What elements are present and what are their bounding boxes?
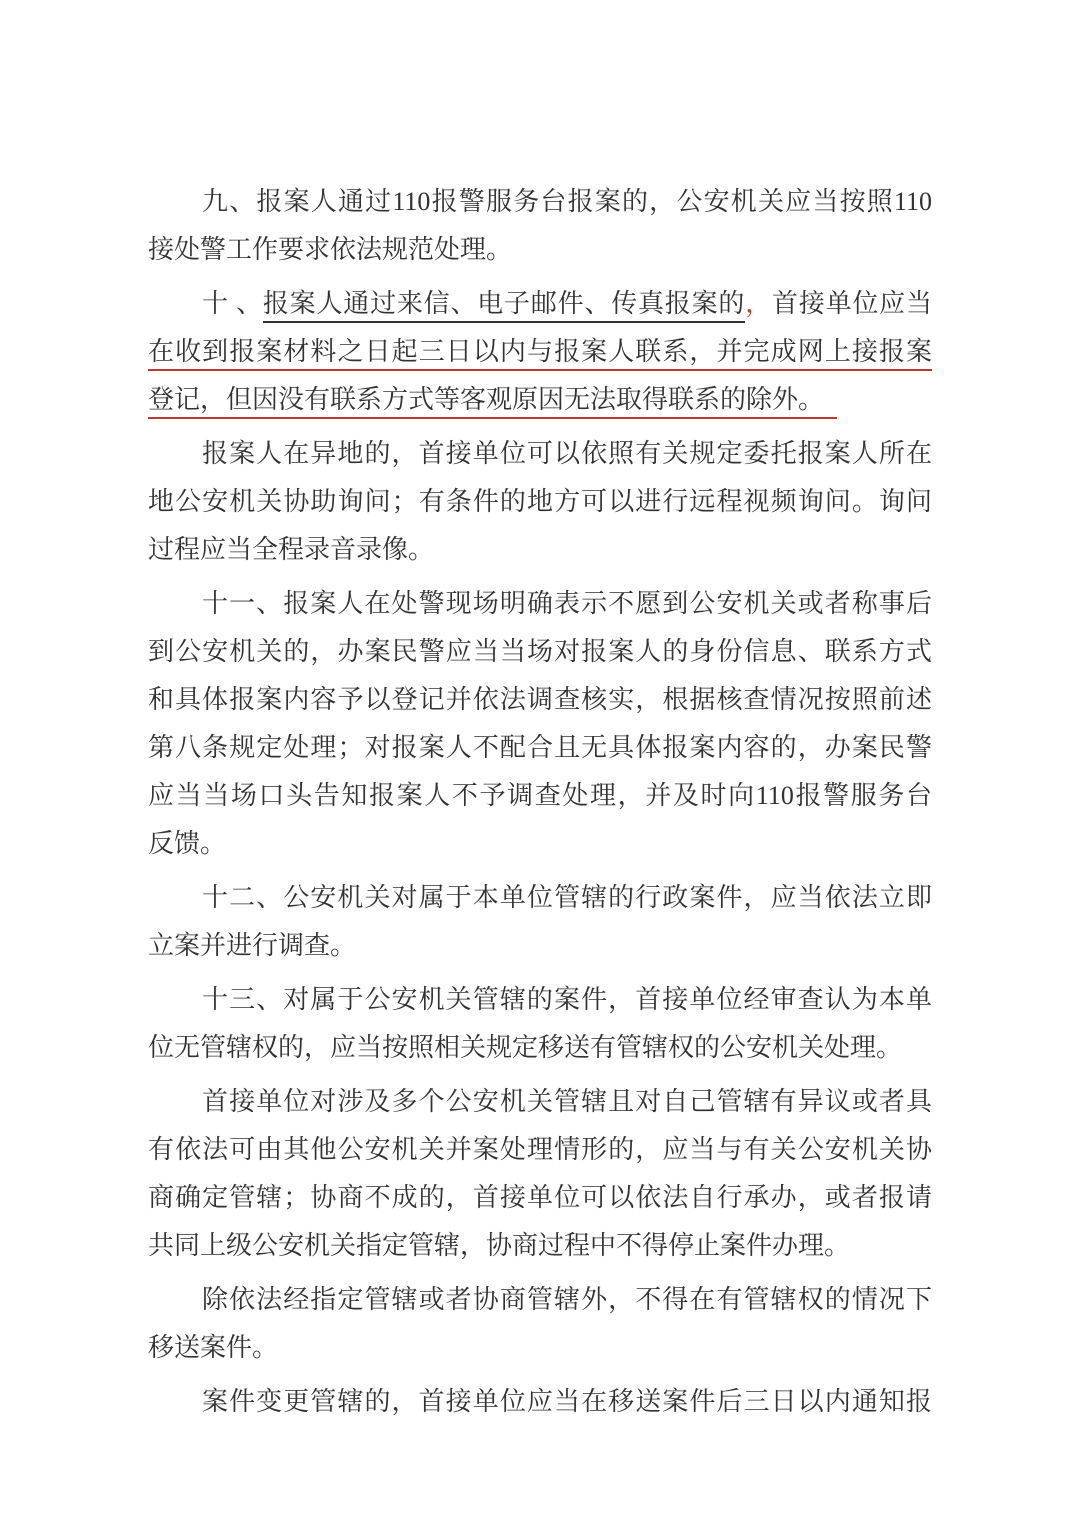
paragraph: 除依法经指定管辖或者协商管辖外，不得在有管辖权的情况下移送案件。 [148,1276,932,1372]
paragraph: 十一、报案人在处警现场明确表示不愿到公安机关或者称事后到公安机关的，办案民警应当… [148,580,932,868]
text-line: 商确定管辖；协商不成的，首接单位可以依法自行承办，或者报请 [148,1174,932,1222]
paragraph: 首接单位对涉及多个公安机关管辖且对自己管辖有异议或者具有依法可由其他公安机关并案… [148,1078,932,1270]
text-line: 首接单位对涉及多个公安机关管辖且对自己管辖有异议或者具 [148,1078,932,1126]
document-page: 九、报案人通过110报警服务台报案的，公安机关应当按照110接处警工作要求依法规… [0,0,1080,1514]
underlined-text-red: 登记，但因没有联系方式等客观原因无法取得联系的除外。 [148,385,811,419]
text-line: 接处警工作要求依法规范处理。 [148,226,932,274]
text-run: 首接单位应当 [772,289,932,318]
text-run: 移送案件。 [148,1333,278,1362]
text-run: 首接单位对涉及多个公安机关管辖且对自己管辖有异议或者具 [202,1087,932,1116]
text-line: 第八条规定处理；对报案人不配合且无具体报案内容的，办案民警 [148,724,932,772]
text-run: 地公安机关协助询问；有条件的地方可以进行远程视频询问。询问 [148,487,932,516]
text-run: 反馈。 [148,829,226,858]
paragraph: 案件变更管辖的，首接单位应当在移送案件后三日以内通知报 [148,1378,932,1426]
text-run: 应当当场口头告知报案人不予调查处理，并及时向110报警服务台 [148,781,932,810]
text-line: 和具体报案内容予以登记并依法调查核实，根据核查情况按照前述 [148,676,932,724]
text-run: 商确定管辖；协商不成的，首接单位可以依法自行承办，或者报请 [148,1183,932,1212]
text-run: 位无管辖权的，应当按照相关规定移送有管辖权的公安机关处理。 [148,1033,902,1062]
text-line: 九、报案人通过110报警服务台报案的，公安机关应当按照110 [148,178,932,226]
text-line: 登记，但因没有联系方式等客观原因无法取得联系的除外。 [148,376,932,424]
text-run: 十三、对属于公安机关管辖的案件，首接单位经审查认为本单 [202,985,932,1014]
text-run: 案件变更管辖的，首接单位应当在移送案件后三日以内通知报 [202,1387,932,1416]
text-run: 到公安机关的，办案民警应当当场对报案人的身份信息、联系方式 [148,637,932,666]
text-line: 过程应当全程录音录像。 [148,526,932,574]
text-run: 立案并进行调查。 [148,931,356,960]
text-run: 过程应当全程录音录像。 [148,535,434,564]
text-line: 十二、公安机关对属于本单位管辖的行政案件，应当依法立即 [148,874,932,922]
paragraph: 十三、对属于公安机关管辖的案件，首接单位经审查认为本单位无管辖权的，应当按照相关… [148,976,932,1072]
text-line: 应当当场口头告知报案人不予调查处理，并及时向110报警服务台 [148,772,932,820]
paragraph: 报案人在异地的，首接单位可以依照有关规定委托报案人所在地公安机关协助询问；有条件… [148,430,932,574]
red-text: ， [745,289,772,318]
paragraph: 九、报案人通过110报警服务台报案的，公安机关应当按照110接处警工作要求依法规… [148,178,932,274]
underlined-text-black: 报案人通过来信、电子邮件、传真报案的 [263,289,745,323]
text-line: 十一、报案人在处警现场明确表示不愿到公安机关或者称事后 [148,580,932,628]
text-line: 位无管辖权的，应当按照相关规定移送有管辖权的公安机关处理。 [148,1024,932,1072]
paragraph: 十二、公安机关对属于本单位管辖的行政案件，应当依法立即立案并进行调查。 [148,874,932,970]
text-line: 立案并进行调查。 [148,922,932,970]
text-line: 在收到报案材料之日起三日以内与报案人联系，并完成网上接报案 [148,328,932,376]
paragraph: 十 、报案人通过来信、电子邮件、传真报案的，首接单位应当在收到报案材料之日起三日… [148,280,932,424]
text-line: 十三、对属于公安机关管辖的案件，首接单位经审查认为本单 [148,976,932,1024]
text-line: 移送案件。 [148,1324,932,1372]
text-line: 报案人在异地的，首接单位可以依照有关规定委托报案人所在 [148,430,932,478]
text-line: 到公安机关的，办案民警应当当场对报案人的身份信息、联系方式 [148,628,932,676]
text-run: 十一、报案人在处警现场明确表示不愿到公安机关或者称事后 [202,589,932,618]
text-run: 有依法可由其他公安机关并案处理情形的，应当与有关公安机关协 [148,1135,932,1164]
underlined-text-red [811,385,837,419]
text-line: 除依法经指定管辖或者协商管辖外，不得在有管辖权的情况下 [148,1276,932,1324]
text-run: 和具体报案内容予以登记并依法调查核实，根据核查情况按照前述 [148,685,932,714]
text-line: 有依法可由其他公安机关并案处理情形的，应当与有关公安机关协 [148,1126,932,1174]
text-line: 共同上级公安机关指定管辖，协商过程中不得停止案件办理。 [148,1222,932,1270]
text-line: 地公安机关协助询问；有条件的地方可以进行远程视频询问。询问 [148,478,932,526]
text-line: 十 、报案人通过来信、电子邮件、传真报案的，首接单位应当 [148,280,932,328]
text-run: 除依法经指定管辖或者协商管辖外，不得在有管辖权的情况下 [202,1285,932,1314]
underlined-text-red: 在收到报案材料之日起三日以内与报案人联系，并完成网上接报案 [148,337,932,371]
text-run: 报案人在异地的，首接单位可以依照有关规定委托报案人所在 [202,439,932,468]
text-line: 案件变更管辖的，首接单位应当在移送案件后三日以内通知报 [148,1378,932,1426]
text-line: 反馈。 [148,820,932,868]
text-run: 十 、 [202,289,263,318]
text-run: 接处警工作要求依法规范处理。 [148,235,512,264]
text-run: 第八条规定处理；对报案人不配合且无具体报案内容的，办案民警 [148,733,932,762]
text-run: 九、报案人通过110报警服务台报案的，公安机关应当按照110 [202,187,932,216]
text-run: 十二、公安机关对属于本单位管辖的行政案件，应当依法立即 [202,883,932,912]
text-run: 共同上级公安机关指定管辖，协商过程中不得停止案件办理。 [148,1231,850,1260]
